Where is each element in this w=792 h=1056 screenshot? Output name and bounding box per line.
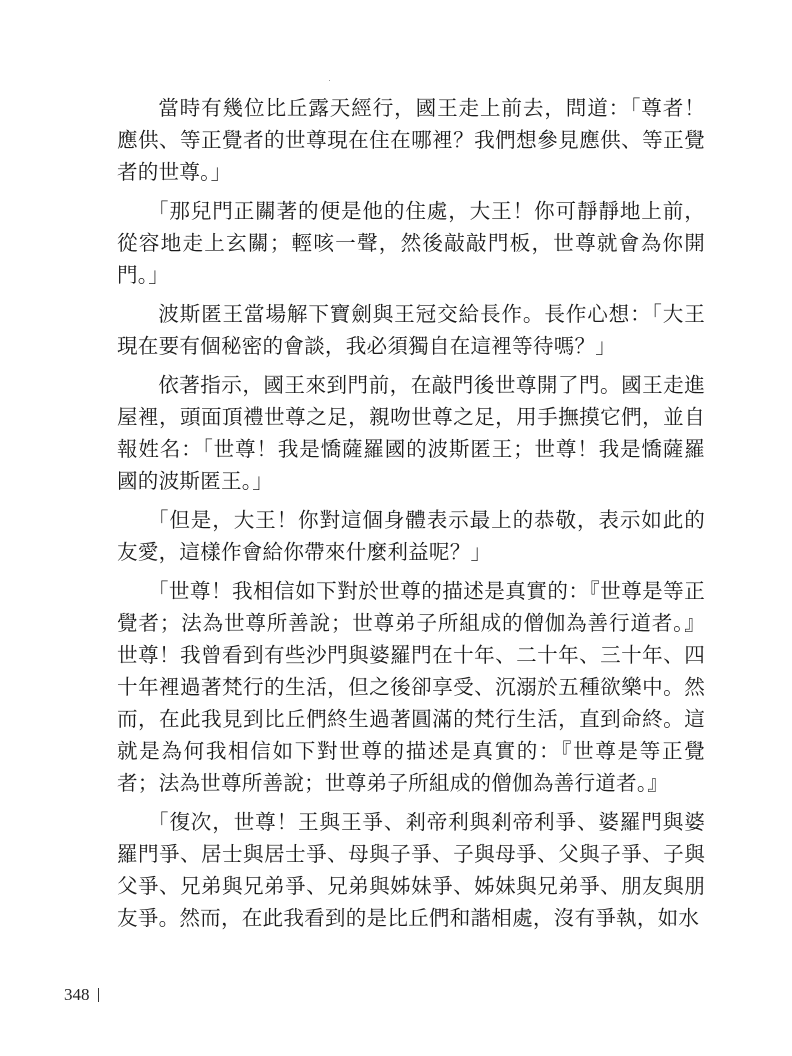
scan-speck: [329, 80, 330, 81]
page-footer: 348: [64, 985, 99, 1005]
paragraph-3: 波斯匿王當場解下寶劍與王冠交給長作。長作心想：「大王現在要有個秘密的會談，我必須…: [117, 298, 705, 362]
paragraph-2: 「那兒門正關著的便是他的住處，大王！你可靜靜地上前，從容地走上玄關；輕咳一聲，然…: [117, 195, 705, 291]
paragraph-1: 當時有幾位比丘露天經行，國王走上前去，問道：「尊者！應供、等正覺者的世尊現在住在…: [117, 92, 705, 188]
paragraph-6: 「世尊！我相信如下對於世尊的描述是真實的：『世尊是等正覺者；法為世尊所善說；世尊…: [117, 575, 705, 799]
paragraph-5: 「但是，大王！你對這個身體表示最上的恭敬，表示如此的友愛，這樣作會給你帶來什麼利…: [117, 504, 705, 568]
folio-divider: [98, 988, 99, 1002]
paragraph-4: 依著指示，國王來到門前，在敲門後世尊開了門。國王走進屋裡，頭面頂禮世尊之足，親吻…: [117, 369, 705, 497]
page-number: 348: [64, 985, 90, 1005]
body-text: 當時有幾位比丘露天經行，國王走上前去，問道：「尊者！應供、等正覺者的世尊現在住在…: [117, 92, 705, 941]
paragraph-7: 「復次，世尊！王與王爭、剎帝利與剎帝利爭、婆羅門與婆羅門爭、居士與居士爭、母與子…: [117, 806, 705, 934]
